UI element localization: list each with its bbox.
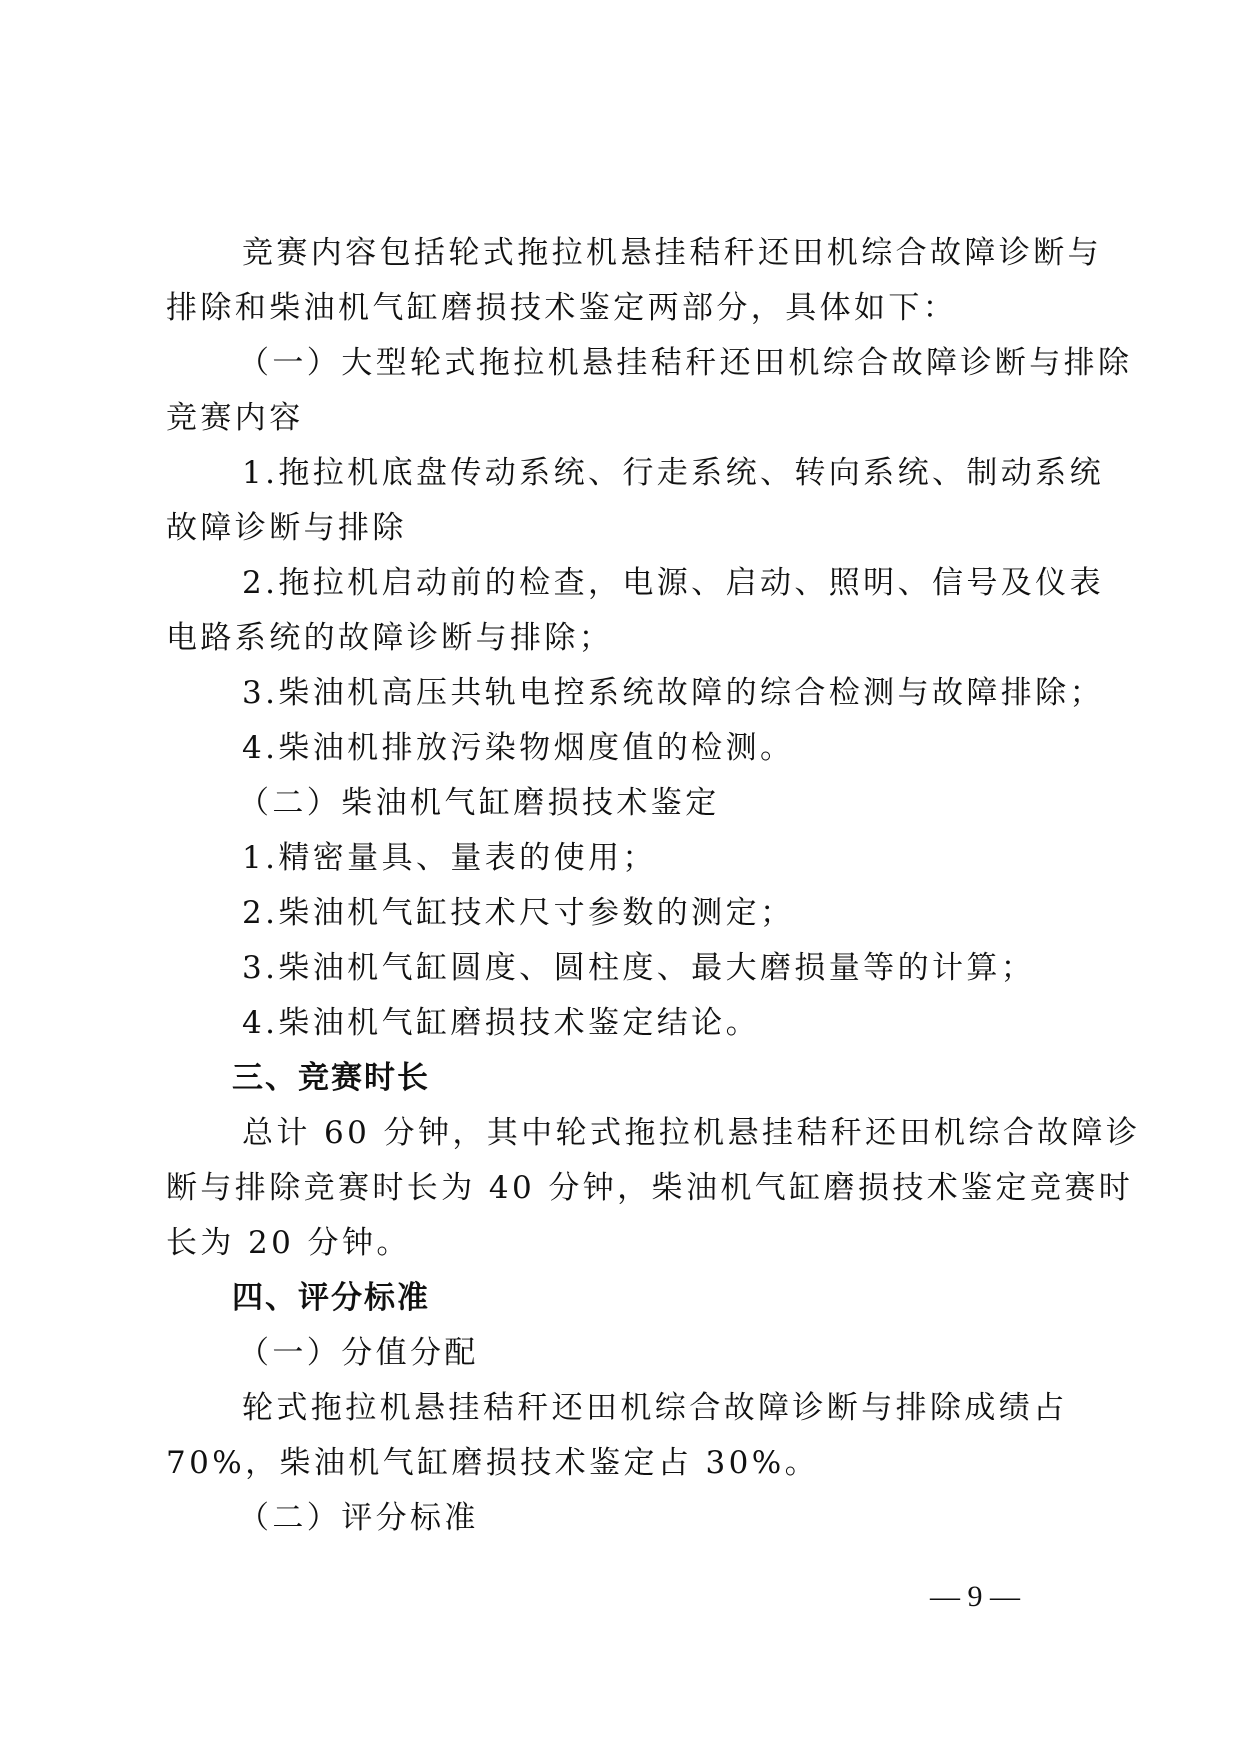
section-1-item-2-line-2: 电路系统的故障诊断与排除； — [166, 618, 613, 658]
section-2-item-1: 1.精密量具、量表的使用； — [242, 838, 657, 878]
section-2-heading: （二）柴油机气缸磨损技术鉴定 — [238, 783, 720, 823]
heading-scoring-criteria: 四、评分标准 — [232, 1278, 430, 1318]
section-2-item-2: 2.柴油机气缸技术尺寸参数的测定； — [242, 893, 794, 933]
section-1-heading-line-2: 竞赛内容 — [166, 398, 304, 438]
section-1-heading-line-1: （一）大型轮式拖拉机悬挂秸秆还田机综合故障诊断与排除 — [238, 343, 1132, 383]
section-1-item-2-line-1: 2.拖拉机启动前的检查，电源、启动、照明、信号及仪表 — [242, 563, 1104, 603]
section-1-item-3: 3.柴油机高压共轨电控系统故障的综合检测与故障排除； — [242, 673, 1104, 713]
section-2-item-3: 3.柴油机气缸圆度、圆柱度、最大磨损量等的计算； — [242, 948, 1035, 988]
section-1-item-1-line-1: 1.拖拉机底盘传动系统、行走系统、转向系统、制动系统 — [242, 453, 1104, 493]
allocation-paragraph-line-1: 轮式拖拉机悬挂秸秆还田机综合故障诊断与排除成绩占 — [242, 1388, 1068, 1428]
section-2-item-4: 4.柴油机气缸磨损技术鉴定结论。 — [242, 1003, 760, 1043]
intro-paragraph-line-2: 排除和柴油机气缸磨损技术鉴定两部分，具体如下： — [166, 288, 957, 328]
page-number: — 9 — — [930, 1577, 1020, 1617]
duration-paragraph-line-2: 断与排除竞赛时长为 40 分钟，柴油机气缸磨损技术鉴定竞赛时 — [166, 1168, 1133, 1208]
section-1-item-1-line-2: 故障诊断与排除 — [166, 508, 407, 548]
intro-paragraph-line-1: 竞赛内容包括轮式拖拉机悬挂秸秆还田机综合故障诊断与 — [242, 233, 1102, 273]
scoring-subheading-standards: （二）评分标准 — [238, 1498, 479, 1538]
heading-competition-duration: 三、竞赛时长 — [232, 1058, 430, 1098]
allocation-paragraph-line-2: 70%，柴油机气缸磨损技术鉴定占 30%。 — [166, 1443, 819, 1483]
duration-paragraph-line-1: 总计 60 分钟，其中轮式拖拉机悬挂秸秆还田机综合故障诊 — [242, 1113, 1140, 1153]
document-page: 竞赛内容包括轮式拖拉机悬挂秸秆还田机综合故障诊断与 排除和柴油机气缸磨损技术鉴定… — [0, 0, 1241, 1754]
section-1-item-4: 4.柴油机排放污染物烟度值的检测。 — [242, 728, 794, 768]
scoring-subheading-allocation: （一）分值分配 — [238, 1333, 479, 1373]
duration-paragraph-line-3: 长为 20 分钟。 — [166, 1223, 411, 1263]
